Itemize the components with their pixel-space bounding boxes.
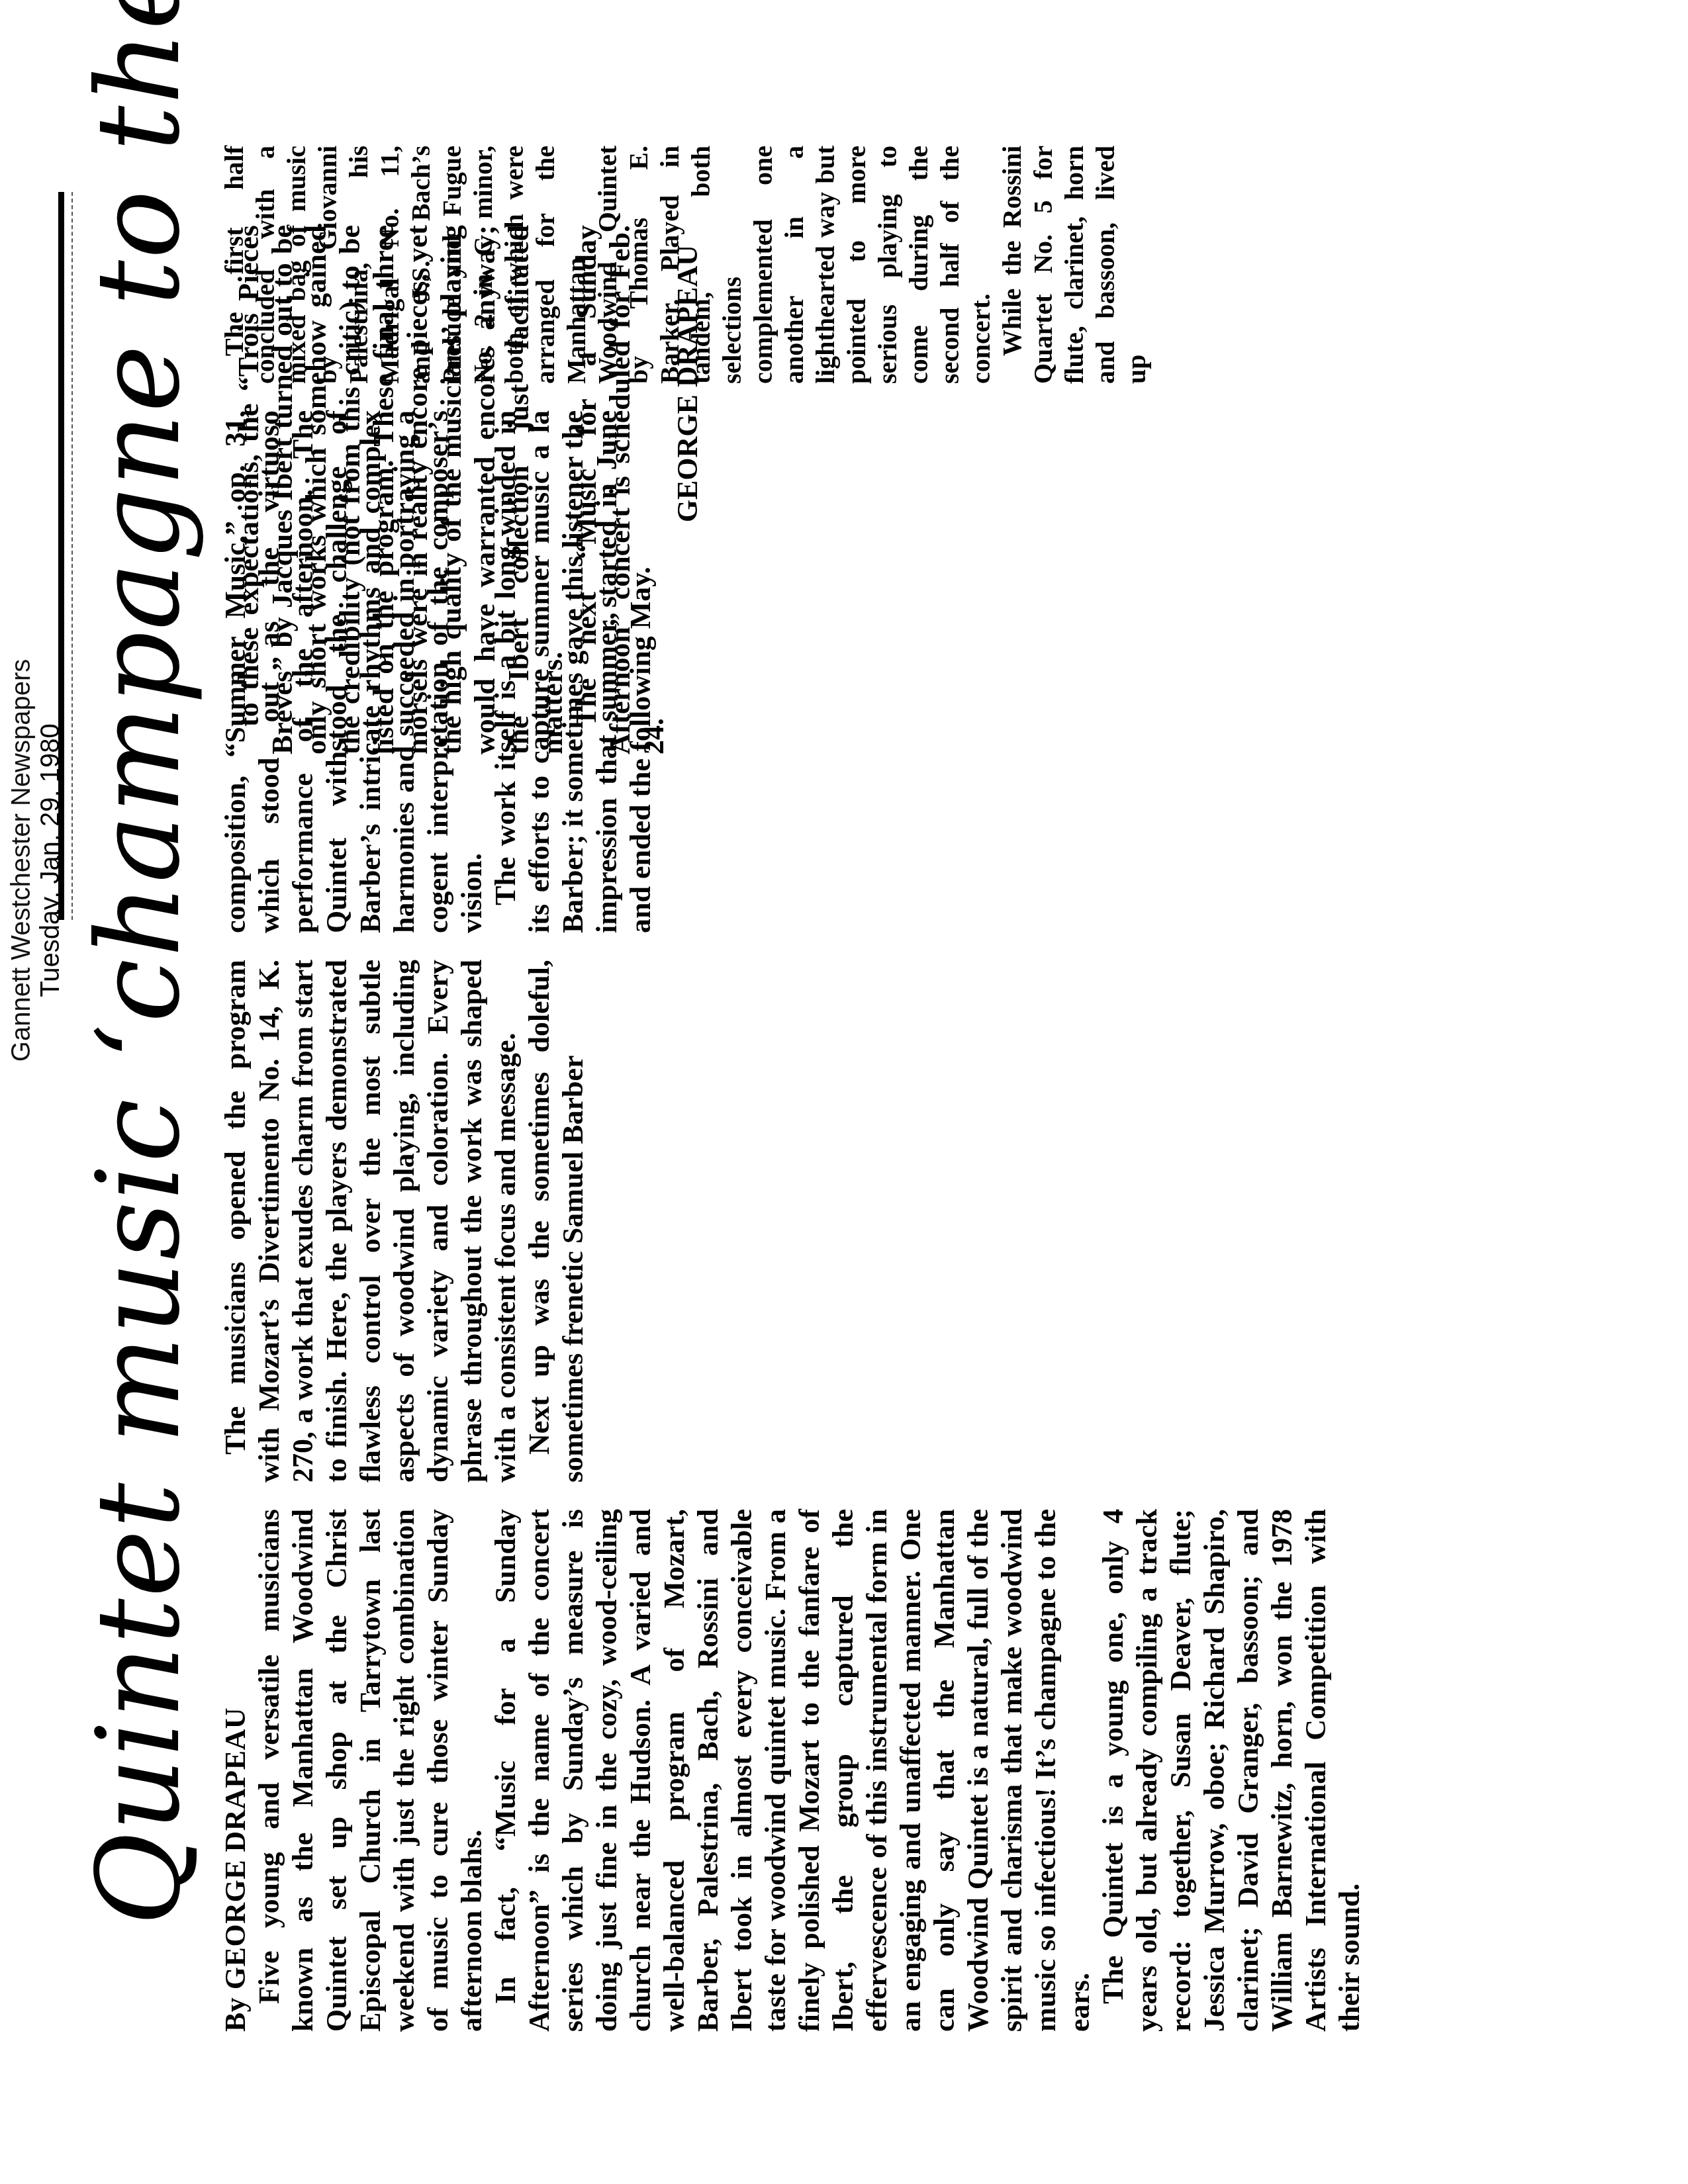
byline: By GEORGE DRAPEAU <box>218 1509 252 2032</box>
article-column-1: By GEORGE DRAPEAU Five young and versati… <box>218 1509 1366 2032</box>
paragraph: Next up was the sometimes doleful, somet… <box>522 960 590 1482</box>
scanned-page: Gannett Westchester Newspapers Tuesday, … <box>0 0 1688 2184</box>
paragraph: While the Rossini Quartet No. 5 for flut… <box>996 146 1152 384</box>
paragraph: Five young and versatile musicians known… <box>252 1509 489 2032</box>
paragraph: The Quintet is a young one, only 4 years… <box>1096 1509 1366 2032</box>
article-column-5: to these expectations, the “Trois Pieces… <box>232 225 704 754</box>
paragraph: In fact, “Music for a Sunday Afternoon” … <box>489 1509 1096 2032</box>
article-column-2: The musicians opened the program with Mo… <box>218 960 814 1482</box>
paragraph: The musicians opened the program with Mo… <box>218 960 522 1482</box>
paragraph: The next “Music for a Sunday Afternoon” … <box>569 225 671 754</box>
clipping-top-region: to these expectations, the “Trois Pieces… <box>13 0 834 794</box>
signature: GEORGE DRAPEAU <box>671 225 704 754</box>
paragraph: to these expectations, the “Trois Pieces… <box>232 225 569 754</box>
